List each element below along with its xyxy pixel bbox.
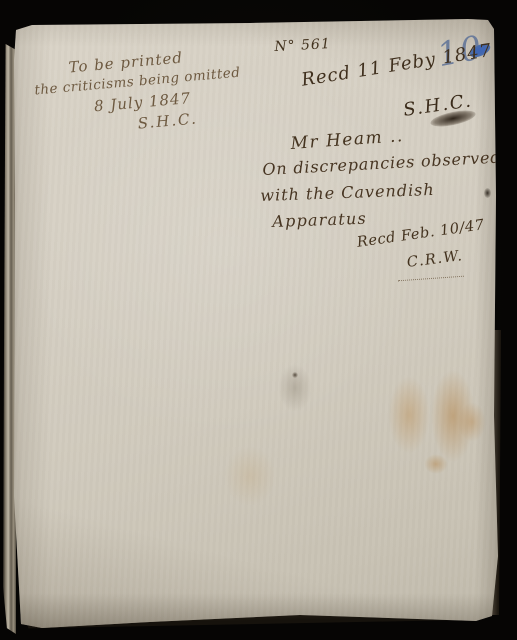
foxing-stain	[388, 376, 430, 454]
manuscript-page: N° 561 10 Recd 11 Feby 1847 S.H.C. To be…	[6, 16, 500, 630]
faint-tan-stain	[224, 446, 276, 506]
edge-speck	[484, 188, 491, 198]
scanned-document: N° 561 10 Recd 11 Feby 1847 S.H.C. To be…	[0, 0, 517, 640]
foxing-stain	[424, 454, 448, 474]
book-spine-edges	[3, 44, 16, 634]
document-number: N° 561	[274, 36, 331, 55]
foxing-stain	[458, 402, 486, 442]
ink-speck	[292, 372, 298, 378]
paper-title-line: Apparatus	[272, 209, 367, 231]
